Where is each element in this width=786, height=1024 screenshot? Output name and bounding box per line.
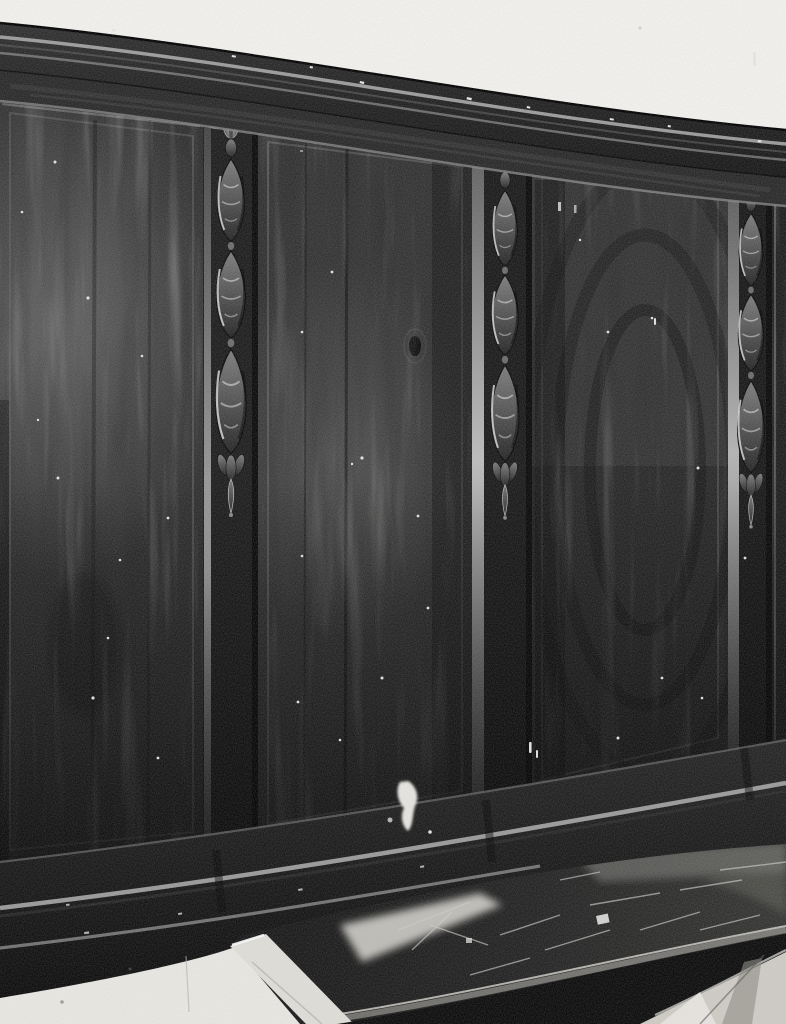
stall-photo-svg — [0, 0, 786, 1024]
film-grain-overlay — [0, 0, 786, 1024]
photograph — [0, 0, 786, 1024]
